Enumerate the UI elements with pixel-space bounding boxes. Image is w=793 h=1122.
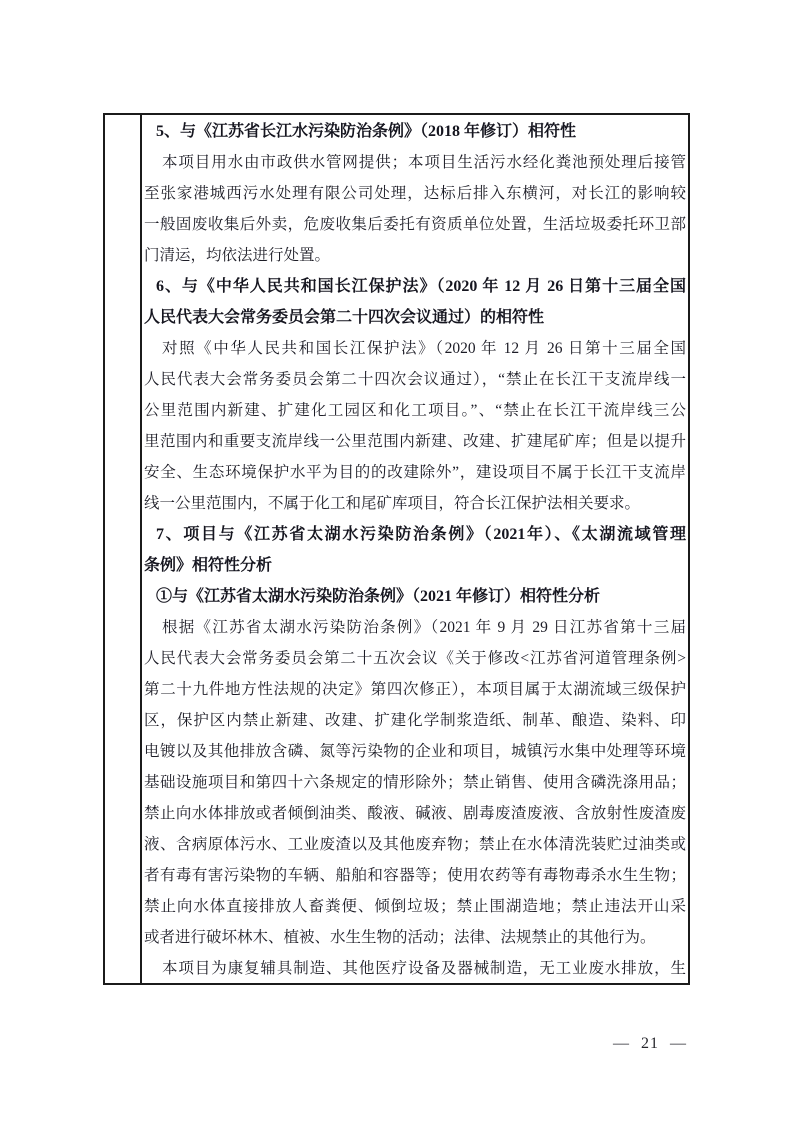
text-line: 对照《中华人民共和国长江保护法》（2020 年 12 月 26 日第十三届全国 — [143, 333, 686, 364]
text-line: 根据《江苏省太湖水污染防治条例》（2021 年 9 月 29 日江苏省第十三届 — [143, 612, 686, 643]
page: 5、与《江苏省长江水污染防治条例》（2018 年修订）相符性本项目用水由市政供水… — [0, 0, 793, 1122]
text-line: 液、含病原体污水、工业废渣以及其他废弃物；禁止在水体清洗装贮过油类或 — [143, 829, 686, 860]
text-line: 电镀以及其他排放含磷、氮等污染物的企业和项目，城镇污水集中处理等环境 — [143, 736, 686, 767]
text-line: 安全、生态环境保护水平为目的的改建除外”，建设项目不属于长江干支流岸 — [143, 457, 686, 488]
section-heading: 6、与《中华人民共和国长江保护法》（2020 年 12 月 26 日第十三届全国 — [143, 271, 686, 302]
text-line: 门清运，均依法进行处置。 — [143, 240, 686, 271]
text-line: 禁止向水体直接排放人畜粪便、倾倒垃圾；禁止围湖造地；禁止违法开山采石， — [143, 891, 686, 922]
text-line: 者有毒有害污染物的车辆、船舶和容器等；使用农药等有毒物毒杀水生生物； — [143, 860, 686, 891]
compliance-section-table: 5、与《江苏省长江水污染防治条例》（2018 年修订）相符性本项目用水由市政供水… — [103, 113, 690, 985]
text-line: 第二十九件地方性法规的决定》第四次修正），本项目属于太湖流域三级保护 — [143, 674, 686, 705]
text-line: 人民代表大会常务委员会第二十四次会议通过），“禁止在长江干支流岸线一 — [143, 364, 686, 395]
text-line: 本项目为康复辅具制造、其他医疗设备及器械制造，无工业废水排放，生 — [143, 953, 686, 983]
section-heading: 人民代表大会常务委员会第二十四次会议通过）的相符性 — [143, 302, 686, 333]
text-line: 一般固废收集后外卖，危废收集后委托有资质单位处置，生活垃圾委托环卫部 — [143, 209, 686, 240]
text-line: 人民代表大会常务委员会第二十五次会议《关于修改<江苏省河道管理条例> — [143, 643, 686, 674]
text-line: 或者进行破坏林木、植被、水生生物的活动；法律、法规禁止的其他行为。 — [143, 922, 686, 953]
section-heading: 条例》相符性分析 — [143, 550, 686, 581]
table-content-cell: 5、与《江苏省长江水污染防治条例》（2018 年修订）相符性本项目用水由市政供水… — [142, 115, 688, 983]
section-heading: 5、与《江苏省长江水污染防治条例》（2018 年修订）相符性 — [143, 116, 686, 147]
section-heading: 7、项目与《江苏省太湖水污染防治条例》（2021年）、《太湖流域管理 — [143, 519, 686, 550]
text-line: 本项目用水由市政供水管网提供；本项目生活污水经化粪池预处理后接管 — [143, 147, 686, 178]
text-line: 禁止向水体排放或者倾倒油类、酸液、碱液、剧毒废渣废液、含放射性废渣废 — [143, 798, 686, 829]
text-line: 线一公里范围内，不属于化工和尾矿库项目，符合长江保护法相关要求。 — [143, 488, 686, 519]
page-number: — 21 — — [606, 1035, 694, 1057]
section-heading: ①与《江苏省太湖水污染防治条例》（2021 年修订）相符性分析 — [143, 581, 686, 612]
text-line: 至张家港城西污水处理有限公司处理，达标后排入东横河，对长江的影响较小； — [143, 178, 686, 209]
table-label-column — [105, 115, 142, 983]
text-line: 里范围内和重要支流岸线一公里范围内新建、改建、扩建尾矿库；但是以提升 — [143, 426, 686, 457]
text-line: 公里范围内新建、扩建化工园区和化工项目。”、“禁止在长江干流岸线三公 — [143, 395, 686, 426]
text-line: 区，保护区内禁止新建、改建、扩建化学制浆造纸、制革、酿造、染料、印染、 — [143, 705, 686, 736]
text-line: 基础设施项目和第四十六条规定的情形除外；禁止销售、使用含磷洗涤用品； — [143, 767, 686, 798]
